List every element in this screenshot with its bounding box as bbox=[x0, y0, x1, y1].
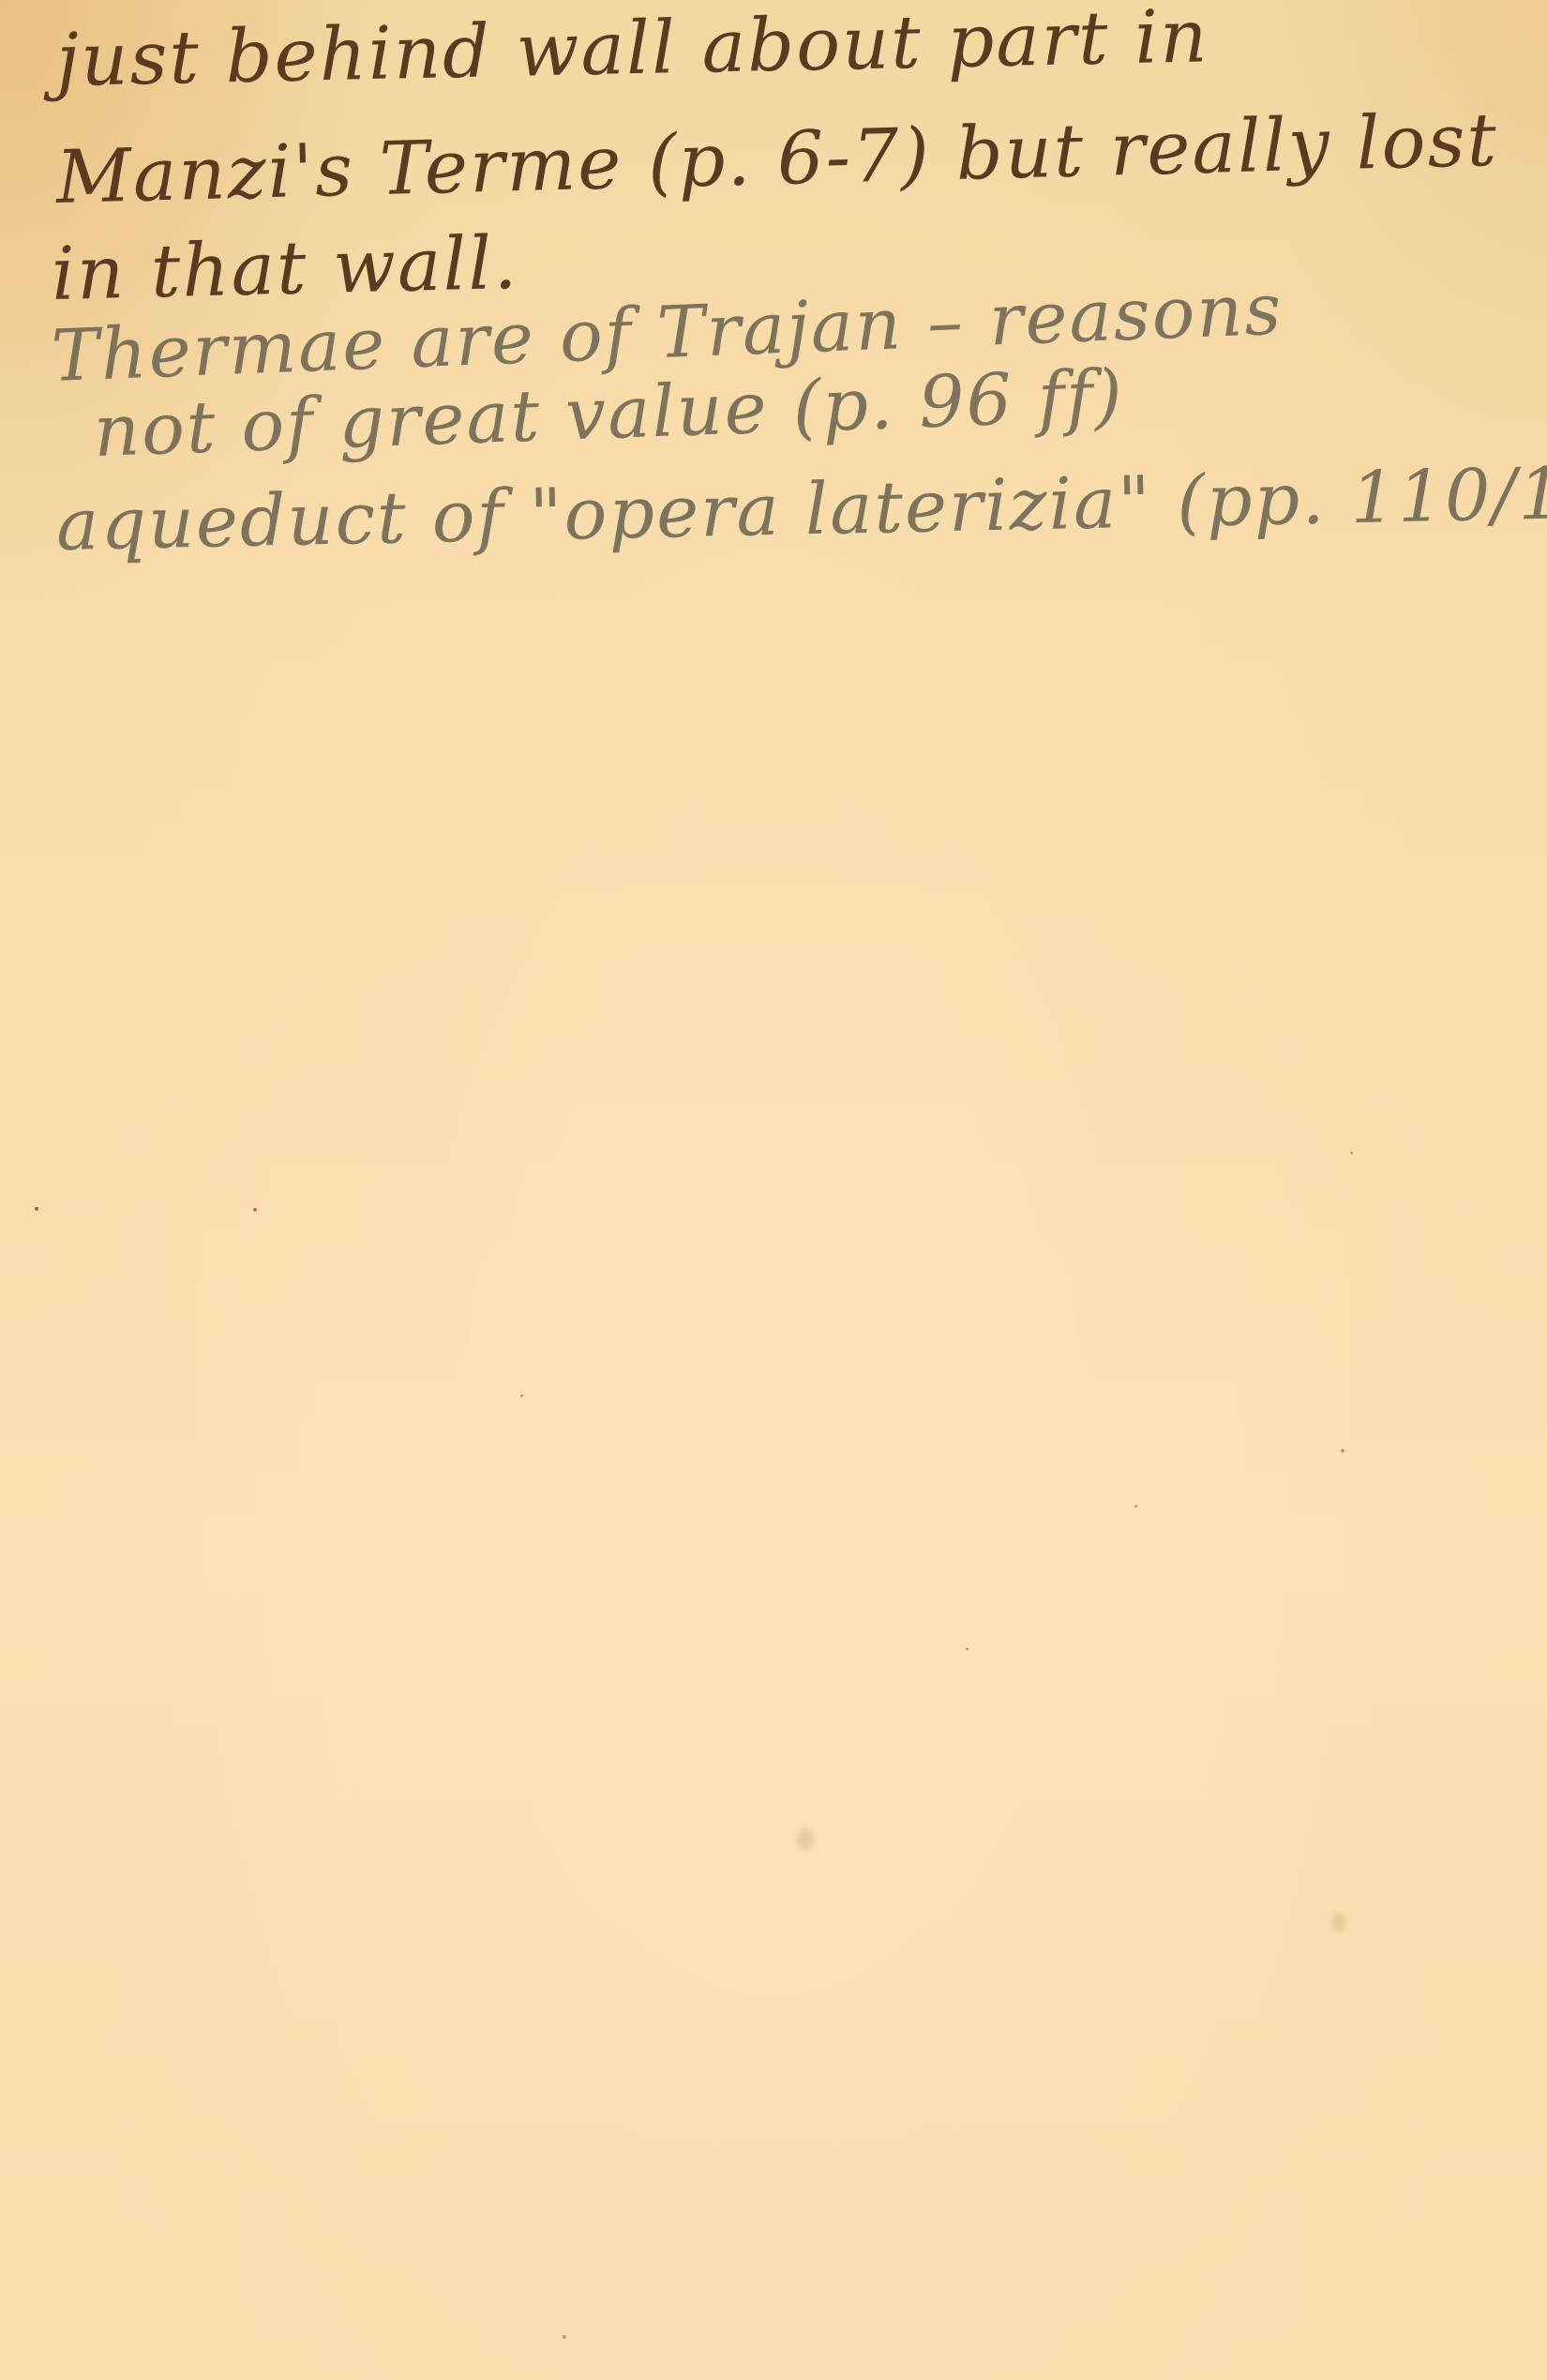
paper-speck bbox=[35, 1207, 38, 1211]
paper-speck bbox=[1350, 1152, 1353, 1154]
paper-stain bbox=[1331, 1913, 1346, 1932]
handwritten-line-6: aqueduct of "opera laterizia" (pp. 110/1… bbox=[55, 449, 1547, 566]
note-card: just behind wall about part in Manzi's T… bbox=[0, 0, 1547, 2380]
paper-speck bbox=[1134, 1505, 1137, 1508]
paper-speck bbox=[520, 1394, 523, 1397]
paper-speck bbox=[563, 2335, 566, 2339]
handwritten-line-2: Manzi's Terme (p. 6-7) but really lost bbox=[55, 98, 1499, 220]
paper-speck bbox=[1341, 1449, 1344, 1453]
paper-speck bbox=[966, 1648, 969, 1650]
paper-stain bbox=[797, 1829, 814, 1849]
handwritten-line-1: just behind wall about part in bbox=[55, 0, 1209, 103]
paper-speck bbox=[253, 1208, 257, 1212]
